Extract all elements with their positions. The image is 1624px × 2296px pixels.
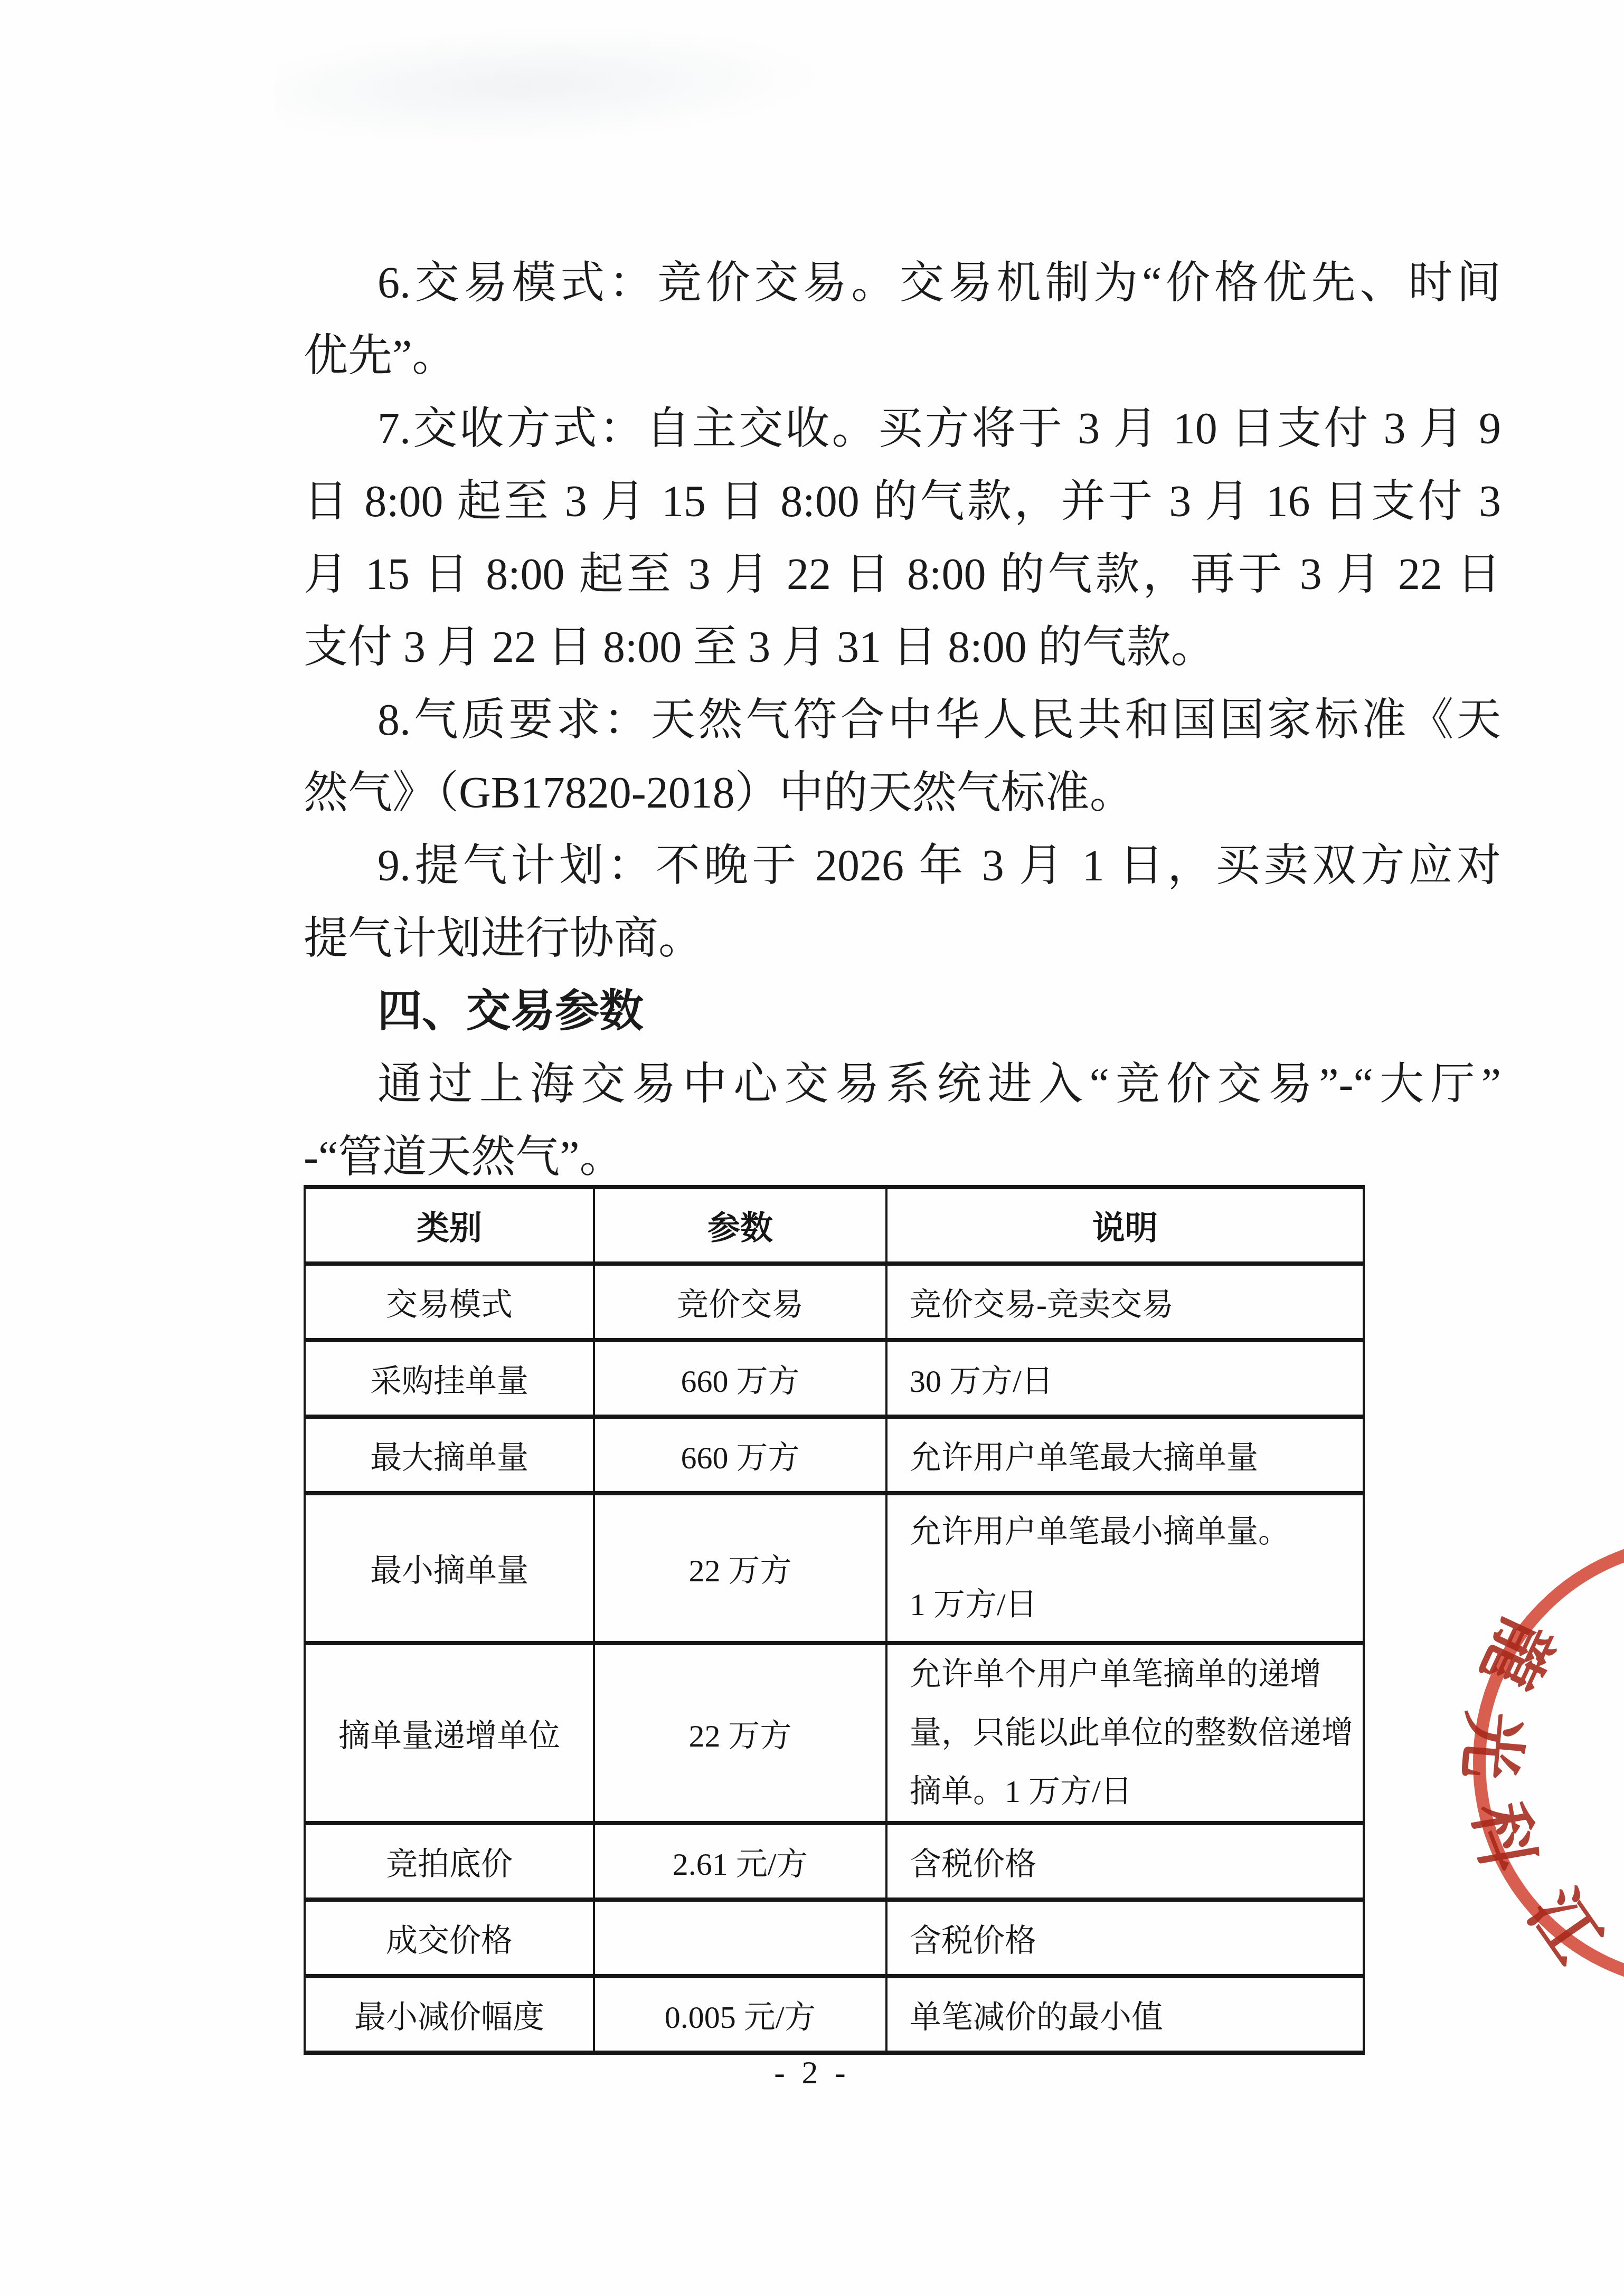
cell-category: 最小减价幅度 — [305, 1976, 594, 2053]
header-parameter: 参数 — [594, 1187, 886, 1264]
cell-description: 30 万方/日 — [886, 1340, 1364, 1417]
cell-category: 交易模式 — [305, 1264, 594, 1340]
cell-parameter: 竞价交易 — [594, 1264, 886, 1340]
cell-description: 允许用户单笔最大摘单量 — [886, 1417, 1364, 1493]
table-row: 最大摘单量 660 万方 允许用户单笔最大摘单量 — [305, 1417, 1364, 1493]
section-heading: 四、交易参数 — [304, 975, 1501, 1048]
paragraph-9-line: 9.提气计划：不晚于 2026 年 3 月 1 日，买卖双方应对 — [304, 830, 1501, 903]
cell-parameter: 2.61 元/方 — [594, 1823, 886, 1900]
cell-description: 竞价交易-竞卖交易 — [886, 1264, 1364, 1340]
paragraph-7-line: 支付 3 月 22 日 8:00 至 3 月 31 日 8:00 的气款。 — [304, 611, 1501, 684]
paragraph-7-line: 7.交收方式：自主交收。买方将于 3 月 10 日支付 3 月 9 — [304, 393, 1501, 466]
cell-description: 含税价格 — [886, 1900, 1364, 1976]
description-line: 摘单。1 万方/日 — [910, 1762, 1354, 1821]
cell-parameter: 22 万方 — [594, 1493, 886, 1643]
paragraph-8-line: 然气》（GB17820-2018）中的天然气标准。 — [304, 757, 1501, 830]
description-line: 允许单个用户单笔摘单的递增 — [910, 1645, 1354, 1704]
description-line: 1 万方/日 — [910, 1568, 1354, 1641]
trading-parameters-table: 类别 参数 说明 交易模式 竞价交易 竞价交易-竞卖交易 采购挂单量 660 万… — [304, 1185, 1365, 2055]
cell-parameter: 660 万方 — [594, 1340, 886, 1417]
table-row: 最小减价幅度 0.005 元/方 单笔减价的最小值 — [305, 1976, 1364, 2053]
table-row: 交易模式 竞价交易 竞价交易-竞卖交易 — [305, 1264, 1364, 1340]
description-line: 含税价格 — [910, 1915, 1354, 1961]
table-header-row: 类别 参数 说明 — [305, 1187, 1364, 1264]
cell-category: 最大摘单量 — [305, 1417, 594, 1493]
table-row: 采购挂单量 660 万方 30 万方/日 — [305, 1340, 1364, 1417]
paragraph-10-line: 通过上海交易中心交易系统进入“竞价交易”-“大厅” — [304, 1048, 1501, 1121]
cell-category: 采购挂单量 — [305, 1340, 594, 1417]
seal-character: 江 — [1510, 1867, 1624, 1978]
cell-category: 最小摘单量 — [305, 1493, 594, 1643]
seal-character: 光 — [1446, 1708, 1549, 1784]
document-body: 6.交易模式：竞价交易。交易机制为“价格优先、时间 优先”。 7.交收方式：自主… — [304, 247, 1501, 1194]
paragraph-6-line: 6.交易模式：竞价交易。交易机制为“价格优先、时间 — [304, 247, 1501, 320]
description-line: 允许用户单笔最小摘单量。 — [910, 1495, 1354, 1568]
paragraph-7-line: 日 8:00 起至 3 月 15 日 8:00 的气款，并于 3 月 16 日支… — [304, 466, 1501, 538]
cell-category: 成交价格 — [305, 1900, 594, 1976]
description-line: 竞价交易-竞卖交易 — [910, 1279, 1354, 1325]
header-description: 说明 — [886, 1187, 1364, 1264]
paragraph-8-line: 8.气质要求：天然气符合中华人民共和国国家标准《天 — [304, 684, 1501, 757]
cell-parameter — [594, 1900, 886, 1976]
description-line: 单笔减价的最小值 — [910, 1992, 1354, 2037]
document-page: 6.交易模式：竞价交易。交易机制为“价格优先、时间 优先”。 7.交收方式：自主… — [0, 0, 1624, 2296]
cell-parameter: 0.005 元/方 — [594, 1976, 886, 2053]
table-row: 成交价格 含税价格 — [305, 1900, 1364, 1976]
table-row: 最小摘单量 22 万方 允许用户单笔最小摘单量。 1 万方/日 — [305, 1493, 1364, 1643]
cell-description: 允许单个用户单笔摘单的递增 量，只能以此单位的整数倍递增 摘单。1 万方/日 — [886, 1643, 1364, 1823]
cell-category: 摘单量递增单位 — [305, 1643, 594, 1823]
paragraph-6-line: 优先”。 — [304, 320, 1501, 393]
scan-artifact-smudge — [272, 17, 830, 153]
cell-description: 允许用户单笔最小摘单量。 1 万方/日 — [886, 1493, 1364, 1643]
table-row: 竞拍底价 2.61 元/方 含税价格 — [305, 1823, 1364, 1900]
description-line: 含税价格 — [910, 1839, 1354, 1884]
paragraph-9-line: 提气计划进行协商。 — [304, 903, 1501, 975]
cell-parameter: 22 万方 — [594, 1643, 886, 1823]
seal-ring-icon — [1467, 1530, 1624, 1996]
description-line: 允许用户单笔最大摘单量 — [910, 1432, 1354, 1478]
table-row: 摘单量递增单位 22 万方 允许单个用户单笔摘单的递增 量，只能以此单位的整数倍… — [305, 1643, 1364, 1823]
cell-parameter: 660 万方 — [594, 1417, 886, 1493]
header-category: 类别 — [305, 1187, 594, 1264]
description-line: 量，只能以此单位的整数倍递增 — [910, 1704, 1354, 1762]
seal-character: 科 — [1455, 1794, 1562, 1877]
seal-character: 龍 — [1464, 1605, 1581, 1707]
page-number: - 2 - — [0, 2054, 1624, 2092]
cell-description: 含税价格 — [886, 1823, 1364, 1900]
paragraph-7-line: 月 15 日 8:00 起至 3 月 22 日 8:00 的气款，再于 3 月 … — [304, 538, 1501, 611]
cell-category: 竞拍底价 — [305, 1823, 594, 1900]
red-seal-stamp: 龍 光 科 江 — [1467, 1530, 1624, 1996]
description-line: 30 万方/日 — [910, 1356, 1354, 1401]
paragraph-10-line: -“管道天然气”。 — [304, 1121, 1501, 1194]
cell-description: 单笔减价的最小值 — [886, 1976, 1364, 2053]
